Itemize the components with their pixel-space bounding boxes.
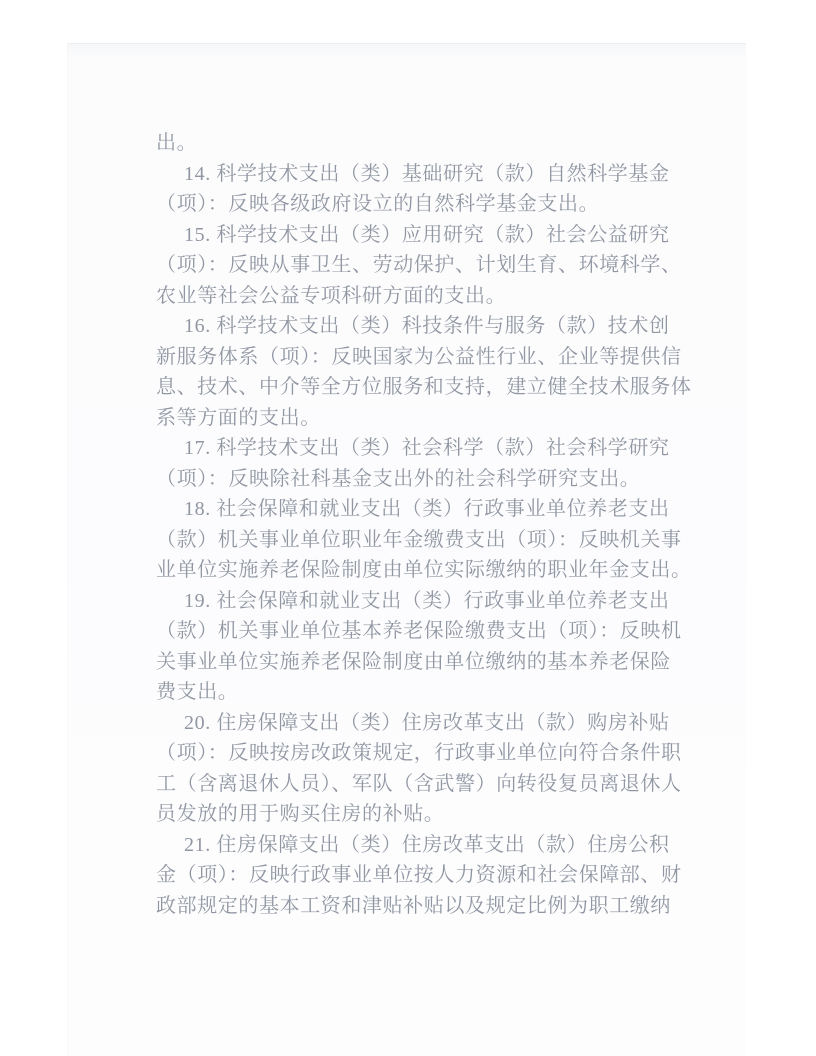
text-line: 15. 科学技术支出（类）应用研究（款）社会公益研究 [156,220,681,251]
text-line: 工（含离退休人员）、军队（含武警）向转役复员离退休人 [156,769,681,800]
text-line: 16. 科学技术支出（类）科技条件与服务（款）技术创 [156,311,681,342]
text-line: （款）机关事业单位职业年金缴费支出（项）：反映机关事 [156,525,681,556]
text-line: （项）：反映按房改政策规定，行政事业单位向符合条件职 [156,738,681,769]
scanned-page-canvas: 出。 14. 科学技术支出（类）基础研究（款）自然科学基金 （项）：反映各级政府… [0,0,816,1056]
text-line: （项）：反映除社科基金支出外的社会科学研究支出。 [156,464,681,495]
document-text-block: 出。 14. 科学技术支出（类）基础研究（款）自然科学基金 （项）：反映各级政府… [156,128,681,921]
document-page: 出。 14. 科学技术支出（类）基础研究（款）自然科学基金 （项）：反映各级政府… [67,43,746,1056]
text-line: 金（项）：反映行政事业单位按人力资源和社会保障部、财 [156,860,681,891]
text-line: 息、技术、中介等全方位服务和支持，建立健全技术服务体 [156,372,681,403]
text-line: 系等方面的支出。 [156,403,681,434]
text-line: （项）：反映从事卫生、劳动保护、计划生育、环境科学、 [156,250,681,281]
text-line: 政部规定的基本工资和津贴补贴以及规定比例为职工缴纳 [156,891,681,922]
text-line: 农业等社会公益专项科研方面的支出。 [156,281,681,312]
text-line: 出。 [156,128,681,159]
text-line: （款）机关事业单位基本养老保险缴费支出（项）：反映机 [156,616,681,647]
text-line: 20. 住房保障支出（类）住房改革支出（款）购房补贴 [156,708,681,739]
text-line: 员发放的用于购买住房的补贴。 [156,799,681,830]
text-line: 新服务体系（项）：反映国家为公益性行业、企业等提供信 [156,342,681,373]
text-line: 21. 住房保障支出（类）住房改革支出（款）住房公积 [156,830,681,861]
text-line: 费支出。 [156,677,681,708]
text-line: 18. 社会保障和就业支出（类）行政事业单位养老支出 [156,494,681,525]
text-line: （项）：反映各级政府设立的自然科学基金支出。 [156,189,681,220]
text-line: 19. 社会保障和就业支出（类）行政事业单位养老支出 [156,586,681,617]
text-line: 14. 科学技术支出（类）基础研究（款）自然科学基金 [156,159,681,190]
text-line: 关事业单位实施养老保险制度由单位缴纳的基本养老保险 [156,647,681,678]
text-line: 17. 科学技术支出（类）社会科学（款）社会科学研究 [156,433,681,464]
text-line: 业单位实施养老保险制度由单位实际缴纳的职业年金支出。 [156,555,681,586]
